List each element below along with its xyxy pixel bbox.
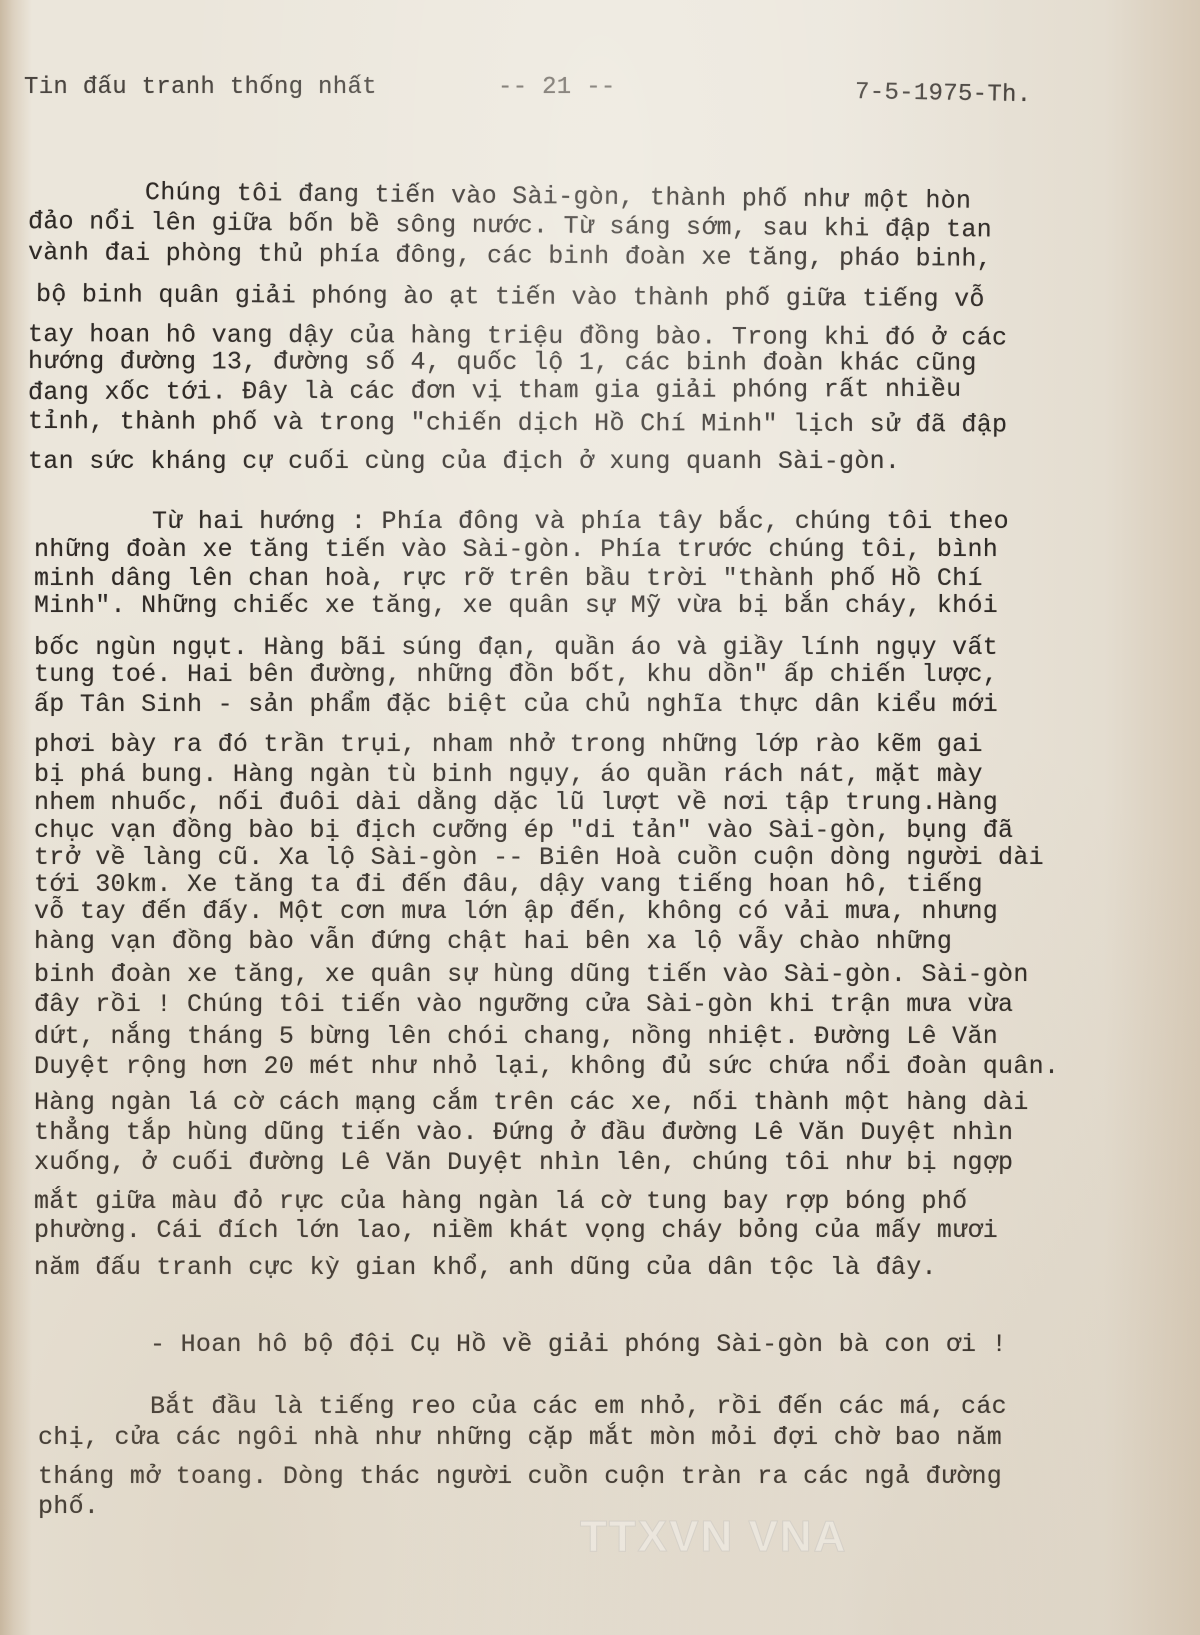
text-line: phơi bày ra đó trần trụi, nham nhở trong… bbox=[34, 730, 983, 760]
text-line: Duyệt rộng hơn 20 mét như nhỏ lại, không… bbox=[34, 1052, 1059, 1082]
text-line: phường. Cái đích lớn lao, niềm khát vọng… bbox=[34, 1216, 998, 1246]
text-line: phố. bbox=[38, 1492, 99, 1522]
text-line: nhem nhuốc, nối đuôi dài dằng dặc lũ lượ… bbox=[34, 788, 998, 818]
text-line: mắt giữa màu đỏ rực của hàng ngàn lá cờ … bbox=[34, 1187, 967, 1217]
text-line: trở về làng cũ. Xa lộ Sài-gòn -- Biên Ho… bbox=[34, 843, 1044, 873]
document-title: Tin đấu tranh thống nhất bbox=[24, 73, 377, 103]
text-line: đây rồi ! Chúng tôi tiến vào ngưỡng cửa … bbox=[34, 990, 1013, 1020]
text-line: tỉnh, thành phố và trong "chiến dịch Hồ … bbox=[28, 407, 1007, 440]
text-line: tháng mở toang. Dòng thác người cuồn cuộ… bbox=[38, 1462, 1002, 1492]
text-line: vỗ tay đến đấy. Một cơn mưa lớn ập đến, … bbox=[34, 897, 998, 927]
text-line: tung toé. Hai bên đường, những đồn bốt, … bbox=[34, 660, 998, 690]
text-line: chục vạn đồng bào bị địch cưỡng ép "di t… bbox=[34, 816, 1013, 846]
text-line: đang xốc tới. Đây là các đơn vị tham gia… bbox=[28, 375, 962, 408]
text-line: năm đấu tranh cực kỳ gian khổ, anh dũng … bbox=[34, 1253, 937, 1283]
text-line: bị phá bung. Hàng ngàn tù binh ngụy, áo … bbox=[34, 760, 983, 790]
text-line: vành đai phòng thủ phía đông, các binh đ… bbox=[28, 238, 992, 275]
text-line: - Hoan hô bộ đội Cụ Hồ về giải phóng Sài… bbox=[150, 1330, 1007, 1360]
document-date: 7-5-1975-Th. bbox=[855, 78, 1032, 111]
text-line: Hàng ngàn lá cờ cách mạng cắm trên các x… bbox=[34, 1088, 1029, 1118]
text-line: Minh". Những chiếc xe tăng, xe quân sự M… bbox=[34, 591, 998, 621]
typewritten-page: Tin đấu tranh thống nhất -- 21 -- 7-5-19… bbox=[0, 0, 1200, 1635]
text-line: Từ hai hướng : Phía đông và phía tây bắc… bbox=[152, 507, 1009, 537]
text-line: hàng vạn đồng bào vẫn đứng chật hai bên … bbox=[34, 927, 952, 957]
text-line: binh đoàn xe tăng, xe quân sự hùng dũng … bbox=[34, 960, 1029, 990]
text-line: bộ binh quân giải phóng ào ạt tiến vào t… bbox=[36, 280, 985, 315]
text-line: ấp Tân Sinh - sản phẩm đặc biệt của chủ … bbox=[34, 690, 998, 720]
text-line: những đoàn xe tăng tiến vào Sài-gòn. Phí… bbox=[34, 535, 998, 565]
text-line: Bắt đầu là tiếng reo của các em nhỏ, rồi… bbox=[150, 1392, 1007, 1422]
page-number: -- 21 -- bbox=[498, 73, 616, 103]
text-line: hướng đường 13, đường số 4, quốc lộ 1, c… bbox=[28, 347, 977, 379]
text-line: minh dâng lên chan hoà, rực rỡ trên bầu … bbox=[34, 564, 983, 594]
text-line: thẳng tắp hùng dũng tiến vào. Đứng ở đầu… bbox=[34, 1118, 1013, 1148]
text-line: chị, cửa các ngôi nhà như những cặp mắt … bbox=[38, 1423, 1002, 1453]
text-line: xuống, ở cuối đường Lê Văn Duyệt nhìn lê… bbox=[34, 1148, 1013, 1178]
text-line: tới 30km. Xe tăng ta đi đến đâu, dậy van… bbox=[34, 870, 983, 900]
text-line: dứt, nắng tháng 5 bừng lên chói chang, n… bbox=[34, 1022, 998, 1052]
agency-watermark: TTXVN VNA bbox=[580, 1512, 847, 1562]
text-line: bốc ngùn ngụt. Hàng bãi súng đạn, quần á… bbox=[34, 633, 998, 663]
text-line: tan sức kháng cự cuối cùng của địch ở xu… bbox=[28, 447, 900, 477]
